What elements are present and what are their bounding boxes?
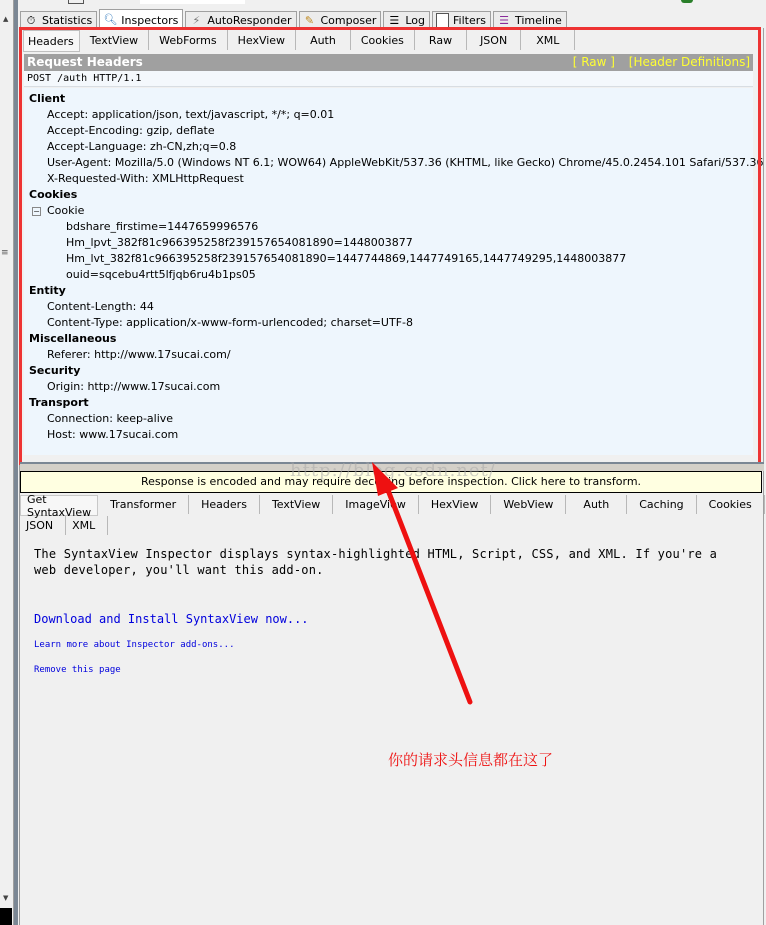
description-line-1: The SyntaxView Inspector displays syntax… — [34, 546, 734, 562]
remove-page-link[interactable]: Remove this page — [34, 665, 121, 675]
checkbox-icon — [436, 13, 449, 28]
watermark: http://blog.csdn.net/ — [290, 460, 496, 481]
resp-tab-hexview[interactable]: HexView — [419, 495, 491, 514]
resp-tab-xml[interactable]: XML — [66, 516, 108, 535]
resp-tab-headers[interactable]: Headers — [189, 495, 260, 514]
toolbar-field[interactable] — [140, 0, 245, 4]
highlight-box — [19, 27, 761, 465]
pencil-icon: ✎ — [303, 14, 317, 28]
scroll-down-icon[interactable]: ▼ — [3, 894, 8, 902]
resp-tab-get-syntaxview[interactable]: Get SyntaxView — [20, 495, 98, 516]
response-inspector-tabs: Get SyntaxView Transformer Headers TextV… — [20, 495, 765, 536]
learn-more-link[interactable]: Learn more about Inspector add-ons... — [34, 640, 234, 650]
download-syntaxview-link[interactable]: Download and Install SyntaxView now... — [34, 612, 309, 626]
scroll-up-icon[interactable]: ▲ — [3, 15, 8, 23]
resp-tab-transformer[interactable]: Transformer — [98, 495, 189, 514]
session-list-scrollbar[interactable]: ▲ ≡ ▼ — [0, 0, 14, 925]
stopwatch-icon: ⏱ — [24, 14, 38, 28]
lightning-icon: ⚡︎ — [189, 14, 203, 28]
magnifier-icon: 🔍︎ — [103, 13, 117, 27]
description-line-2: web developer, you'll want this add-on. — [34, 562, 734, 578]
resp-tab-json[interactable]: JSON — [20, 516, 66, 535]
resp-tab-cookies[interactable]: Cookies — [697, 495, 765, 514]
black-corner — [0, 908, 12, 925]
resp-tab-textview[interactable]: TextView — [260, 495, 333, 514]
main-tabs: ⏱Statistics 🔍︎Inspectors ⚡︎AutoResponder… — [20, 9, 569, 28]
resp-tab-imageview[interactable]: ImageView — [333, 495, 419, 514]
resp-tab-webview[interactable]: WebView — [491, 495, 566, 514]
annotation-text: 你的请求头信息都在这了 — [388, 749, 553, 770]
syntaxview-description: The SyntaxView Inspector displays syntax… — [34, 546, 734, 578]
vertical-splitter[interactable] — [14, 0, 18, 925]
online-icon — [681, 0, 693, 3]
top-toolbar-strip — [0, 0, 766, 8]
grip-icon: ≡ — [1, 248, 9, 258]
resp-tab-auth[interactable]: Auth — [566, 495, 627, 514]
resp-tab-caching[interactable]: Caching — [627, 495, 696, 514]
timeline-icon: ☰ — [497, 14, 511, 28]
toolbar-icon[interactable] — [68, 0, 84, 4]
document-icon: ☰ — [387, 14, 401, 28]
